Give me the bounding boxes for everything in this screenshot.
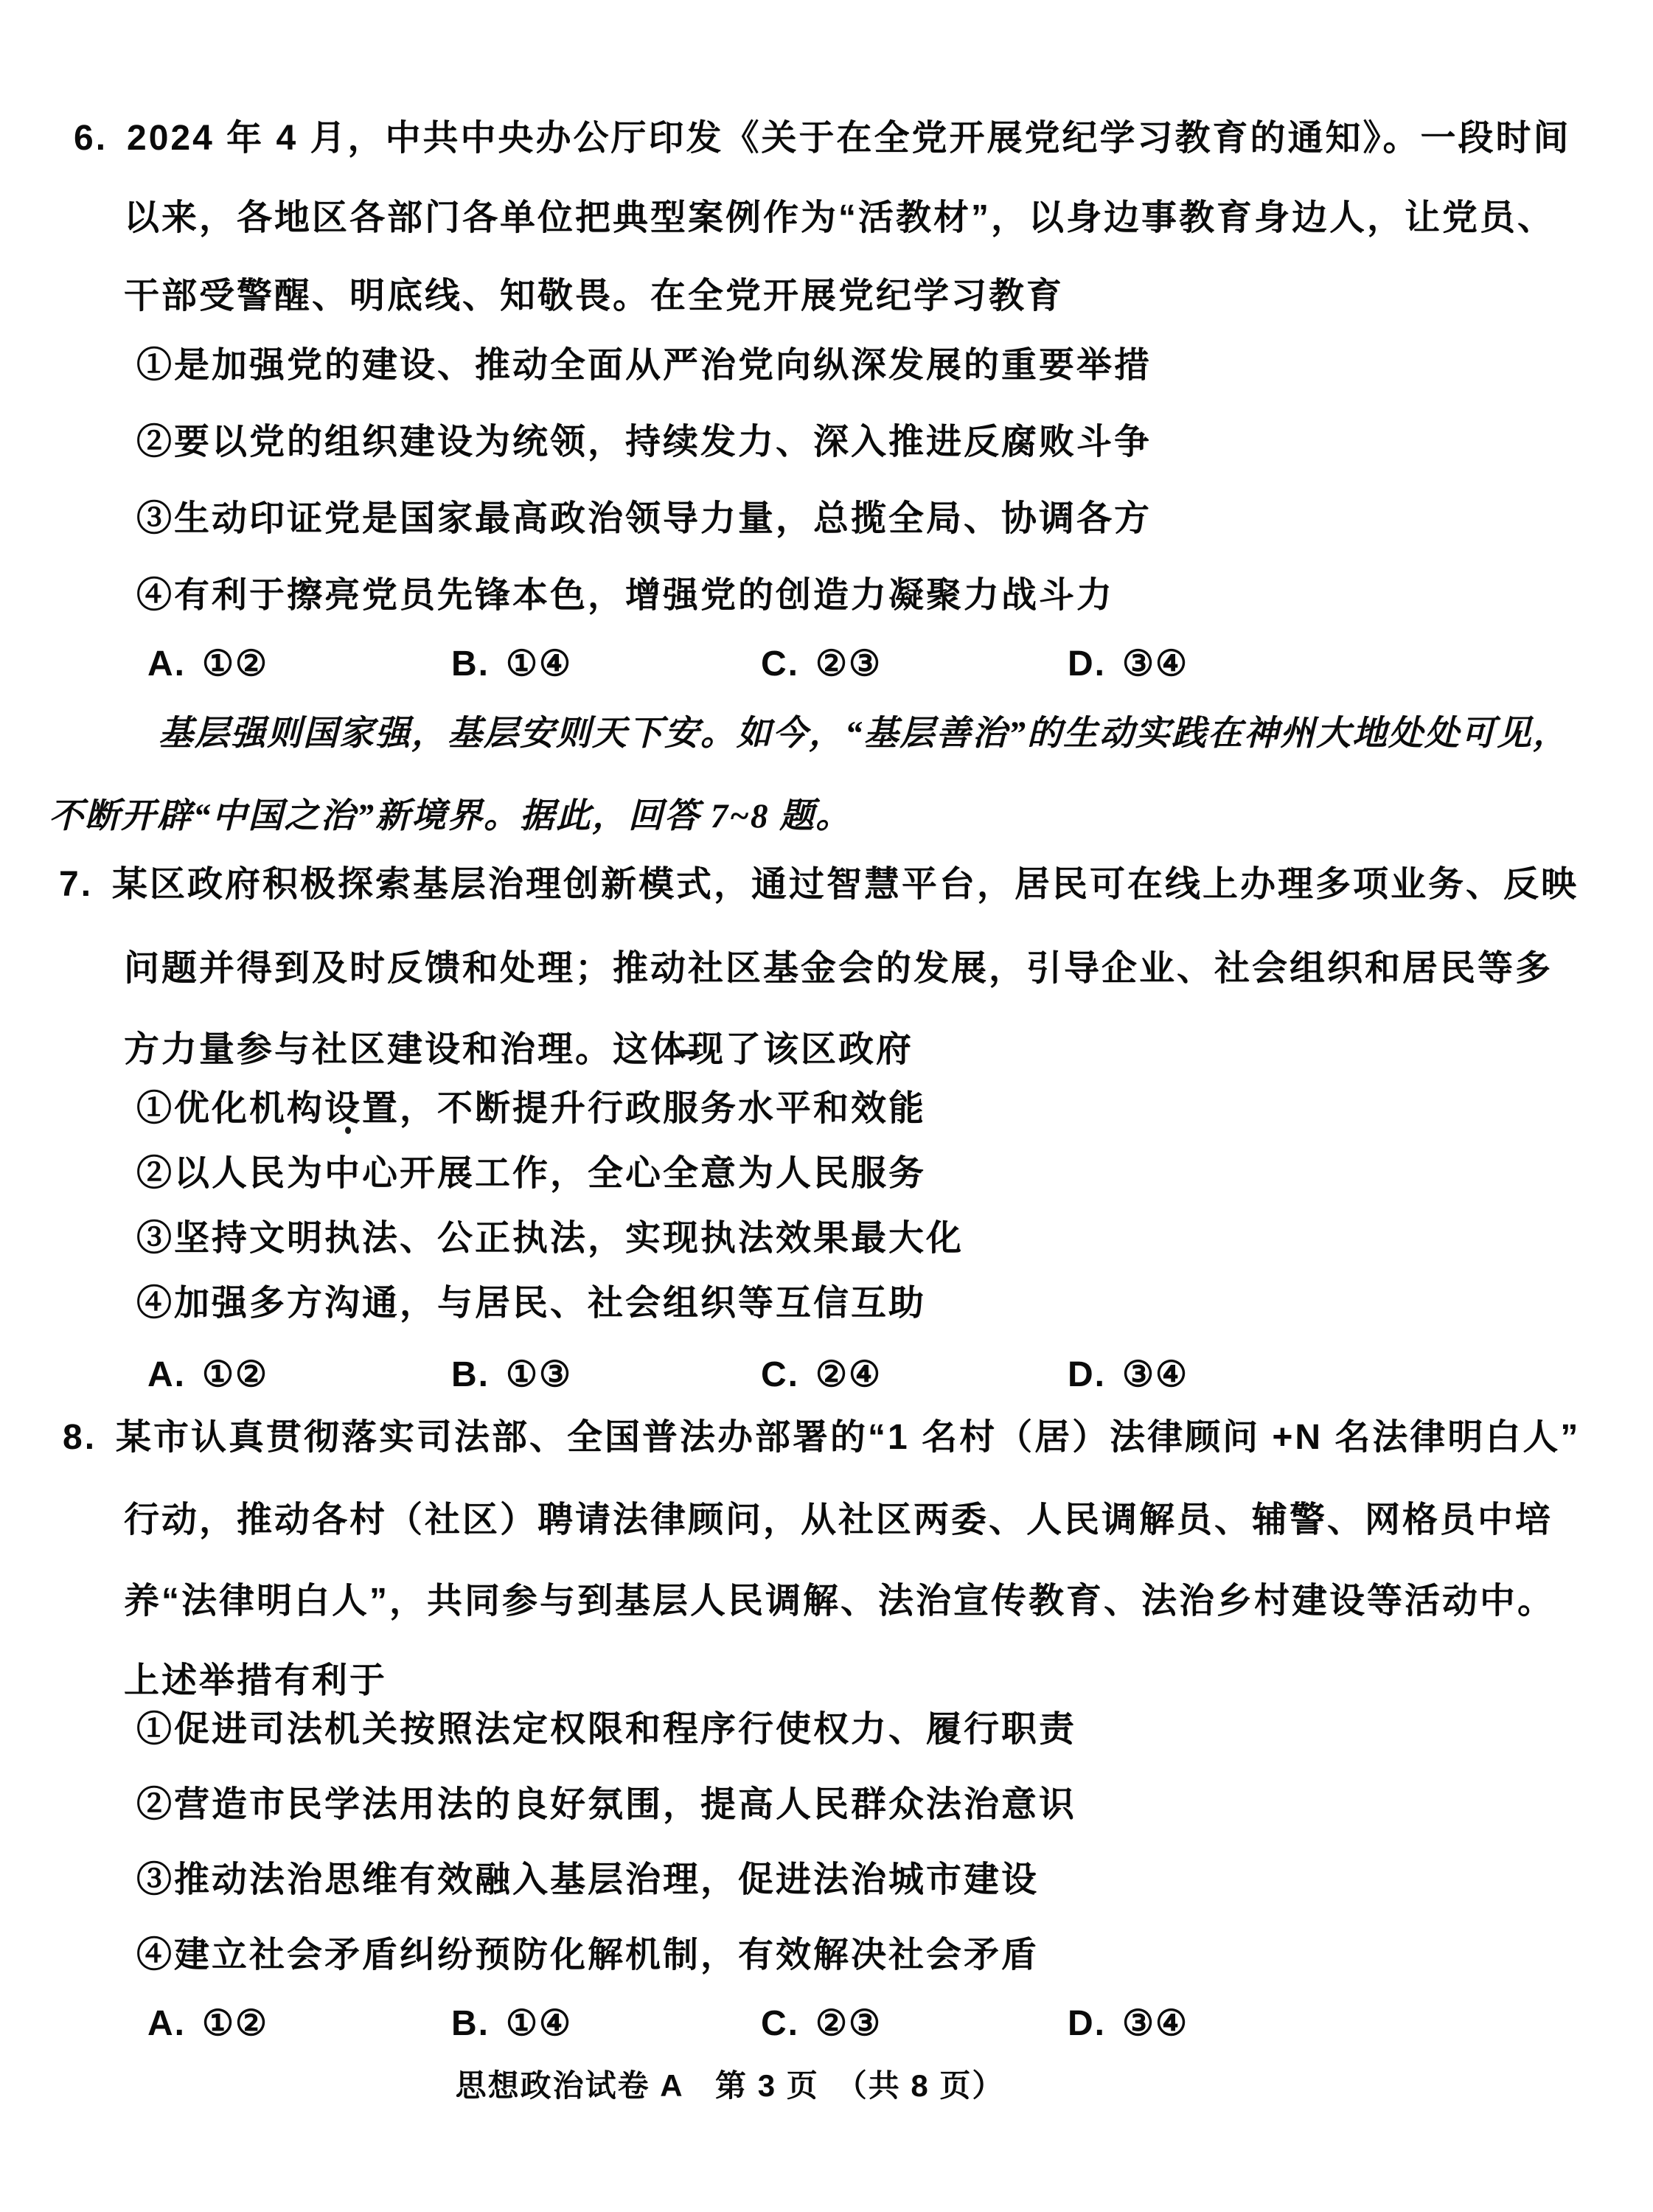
q6-item-2: ②要以党的组织建设为统领，持续发力、深入推进反腐败斗争 (136, 422, 1152, 462)
scan-artifact-dot (345, 1127, 351, 1134)
q6-choice-b: B.①④ (451, 643, 572, 684)
passage-line-1: 基层强则国家强，基层安则天下安。如今，“基层善治”的生动实践在神州大地处处可见， (159, 714, 1569, 754)
q7-stem-line-1: 7.某区政府积极探索基层治理创新模式，通过智慧平台，居民可在线上办理多项业务、反… (59, 864, 1579, 905)
q8-item-2: ②营造市民学法用法的良好氛围，提高人民群众法治意识 (136, 1784, 1076, 1825)
q6-choice-d: D.③④ (1068, 643, 1189, 684)
q8-stem-line-3: 养“法律明白人”，共同参与到基层人民调解、法治宣传教育、法治乡村建设等活动中。 (124, 1581, 1555, 1621)
q7-stem-text-1: 某区政府积极探索基层治理创新模式，通过智慧平台，居民可在线上办理多项业务、反映 (112, 865, 1579, 904)
exam-page: 6.2024 年 4 月，中共中央办公厅印发《关于在全党开展党纪学习教育的通知》… (0, 0, 1653, 2212)
q6-item-1: ①是加强党的建设、推动全面从严治党向纵深发展的重要举措 (136, 345, 1152, 386)
q7-stem-line-3: 方力量参与社区建设和治理。这体现了该区政府 (124, 1029, 913, 1070)
q8-choice-b: B.①④ (451, 2003, 572, 2044)
q6-stem-line-1: 6.2024 年 4 月，中共中央办公厅印发《关于在全党开展党纪学习教育的通知》… (74, 118, 1571, 159)
q8-choice-d: D.③④ (1068, 2003, 1189, 2044)
q7-choice-d: D.③④ (1068, 1354, 1189, 1395)
q8-choice-c: C.②③ (761, 2003, 882, 2044)
q6-choices-row: A.①② B.①④ C.②③ D.③④ (0, 643, 1653, 695)
q6-stem-line-3: 干部受警醒、明底线、知敬畏。在全党开展党纪学习教育 (124, 276, 1064, 316)
q8-stem-text-1: 某市认真贯彻落实司法部、全国普法办部署的“1 名村（居）法律顾问 +N 名法律明… (116, 1418, 1580, 1457)
q8-item-1: ①促进司法机关按照法定权限和程序行使权力、履行职责 (136, 1709, 1076, 1750)
q8-choices-row: A.①② B.①④ C.②③ D.③④ (0, 2003, 1653, 2054)
q6-number: 6. (74, 118, 108, 159)
scan-artifact-dash (680, 1050, 699, 1054)
q8-stem-line-2: 行动，推动各村（社区）聘请法律顾问，从社区两委、人民调解员、辅警、网格员中培 (124, 1500, 1553, 1540)
q6-stem-text-1: 2024 年 4 月，中共中央办公厅印发《关于在全党开展党纪学习教育的通知》。一… (127, 119, 1571, 158)
q6-choice-c: C.②③ (761, 643, 882, 684)
q8-stem-line-4: 上述举措有利于 (124, 1660, 387, 1701)
q8-number: 8. (63, 1417, 97, 1458)
q6-item-4: ④有利于擦亮党员先锋本色，增强党的创造力凝聚力战斗力 (136, 575, 1114, 616)
page-footer: 思想政治试卷 A 第 3 页 （共 8 页） (442, 2062, 1017, 2106)
q8-item-3: ③推动法治思维有效融入基层治理，促进法治城市建设 (136, 1860, 1039, 1900)
q7-item-4: ④加强多方沟通，与居民、社会组织等互信互助 (136, 1283, 926, 1324)
q8-choice-a: A.①② (147, 2003, 268, 2044)
q7-number: 7. (59, 864, 93, 905)
q7-stem-line-2: 问题并得到及时反馈和处理；推动社区基金会的发展，引导企业、社会组织和居民等多 (124, 948, 1553, 989)
passage-line-2: 不断开辟“中国之治”新境界。据此，回答 7~8 题。 (49, 796, 852, 836)
q6-choice-a: A.①② (147, 643, 268, 684)
q7-choice-a: A.①② (147, 1354, 268, 1395)
q7-item-3: ③坚持文明执法、公正执法，实现执法效果最大化 (136, 1218, 964, 1259)
q7-choice-c: C.②④ (761, 1354, 882, 1395)
q7-item-1: ①优化机构设置，不断提升行政服务水平和效能 (136, 1088, 926, 1129)
q8-item-4: ④建立社会矛盾纠纷预防化解机制，有效解决社会矛盾 (136, 1935, 1039, 1975)
q7-choices-row: A.①② B.①③ C.②④ D.③④ (0, 1354, 1653, 1405)
q6-item-3: ③生动印证党是国家最高政治领导力量，总揽全局、协调各方 (136, 498, 1152, 539)
q6-stem-line-2: 以来，各地区各部门各单位把典型案例作为“活教材”，以身边事教育身边人，让党员、 (124, 198, 1555, 238)
q7-item-2: ②以人民为中心开展工作，全心全意为人民服务 (136, 1153, 926, 1194)
q8-stem-line-1: 8.某市认真贯彻落实司法部、全国普法办部署的“1 名村（居）法律顾问 +N 名法… (63, 1417, 1580, 1458)
q7-choice-b: B.①③ (451, 1354, 572, 1395)
